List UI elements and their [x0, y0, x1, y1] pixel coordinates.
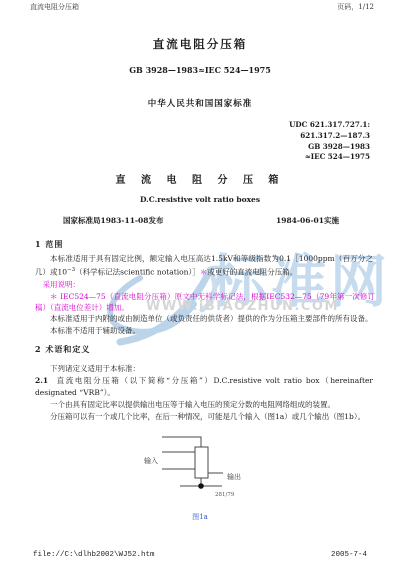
udc-line: 621.317.2—187.3 [289, 131, 370, 142]
term-item-text: 直流电阻分压箱（以下简称“分压箱”）D.C.resistive volt rat… [35, 376, 373, 397]
english-title: D.C.resistive volt ratio boxes [0, 195, 400, 204]
term-item-number: 2.1 [35, 376, 48, 385]
section-2-heading: 2 术语和定义 [35, 344, 90, 355]
section-1-heading: 1 范围 [35, 239, 63, 250]
udc-classification-block: UDC 621.317.727.1: 621.317.2—187.3 GB 39… [289, 120, 370, 163]
footer-file-path: file://C:\dlhb2002\WJ52.htm [33, 551, 155, 559]
national-standard-title: 中华人民共和国国家标准 [0, 97, 400, 109]
header-doc-title: 直流电阻分压箱 [30, 2, 79, 12]
standard-number-line: GB 3928—1983≈IEC 524—1975 [0, 65, 400, 75]
figure-ref-number: 281/79 [215, 492, 235, 498]
main-title: 直流电阻分压箱 [0, 36, 400, 52]
figure-output-label: 输出 [227, 472, 241, 481]
scope-paragraph-1: 本标准适用于具有固定比例，额定输入电压高达1.5kV和等级指数为0.1［1000… [35, 253, 373, 278]
terms-intro: 下列诸定义适用于本标准： [35, 363, 373, 375]
term-item-2-1: 2.1直流电阻分压箱（以下简称“分压箱”）D.C.resistive volt … [35, 375, 373, 398]
page-running-header: 直流电阻分压箱 页码，1/12 [30, 2, 374, 12]
scope-paragraph-1-end: 或更好的直流电阻分压箱。 [207, 267, 297, 276]
superscript-exponent: −3 [67, 267, 75, 273]
scope-paragraph-2: 本标准适用于内附的或由制造单位（或负责任的供货者）提供的作为分压箱主要部件的所有… [35, 313, 373, 325]
term-paragraph-2: 分压箱可以有一个或几个比率，在后一种情况，可能是几个输入（图1a）或几个输出（图… [35, 411, 373, 423]
issued-date: 国家标准局1983-11-08发布 [63, 215, 163, 226]
udc-line: GB 3928—1983 [289, 142, 370, 153]
publication-row: 国家标准局1983-11-08发布 1984-06-01实施 [63, 215, 339, 226]
adoption-note: 采用说明： ＊ IEC524—75（直流电阻分压箱）原文中无科学标记法，根据IE… [35, 279, 375, 314]
junction-dot [198, 483, 204, 489]
scope-paragraph-3: 本标准不适用于辅助设备。 [35, 325, 373, 337]
adoption-note-heading: 采用说明： [35, 279, 375, 291]
page-footer: file://C:\dlhb2002\WJ52.htm 2005-7-4 [33, 551, 367, 559]
implemented-date: 1984-06-01实施 [276, 215, 339, 226]
adoption-note-body: ＊ IEC524—75（直流电阻分压箱）原文中无科学标记法，根据IEC532—7… [35, 291, 375, 314]
figure-1a-circuit-diagram: 输入 输出 281/79 [98, 428, 298, 524]
resistor-symbol [195, 447, 208, 478]
term-paragraph-1: 一个由具有固定比率以提供输出电压等于输入电压的预定分数的电阻网络组成的装置。 [35, 399, 373, 411]
spaced-chinese-title: 直 流 电 阻 分 压 箱 [0, 171, 400, 186]
udc-line: ≈IEC 524—1975 [289, 152, 370, 163]
figure-input-label: 输入 [144, 456, 158, 465]
document-page: 标准网 WWW.iBIAOZHUN.COM 直流电阻分压箱 页码，1/12 直流… [0, 0, 400, 566]
figure-1a-caption-link[interactable]: 图1a [0, 512, 400, 522]
udc-line: UDC 621.317.727.1: [289, 120, 370, 131]
top-input-wire [162, 437, 201, 447]
footer-date: 2005-7-4 [331, 551, 367, 559]
scope-paragraph-1-mid: （科学标记法scientific notation）］ [75, 267, 200, 276]
header-page-number: 页码，1/12 [337, 2, 374, 12]
